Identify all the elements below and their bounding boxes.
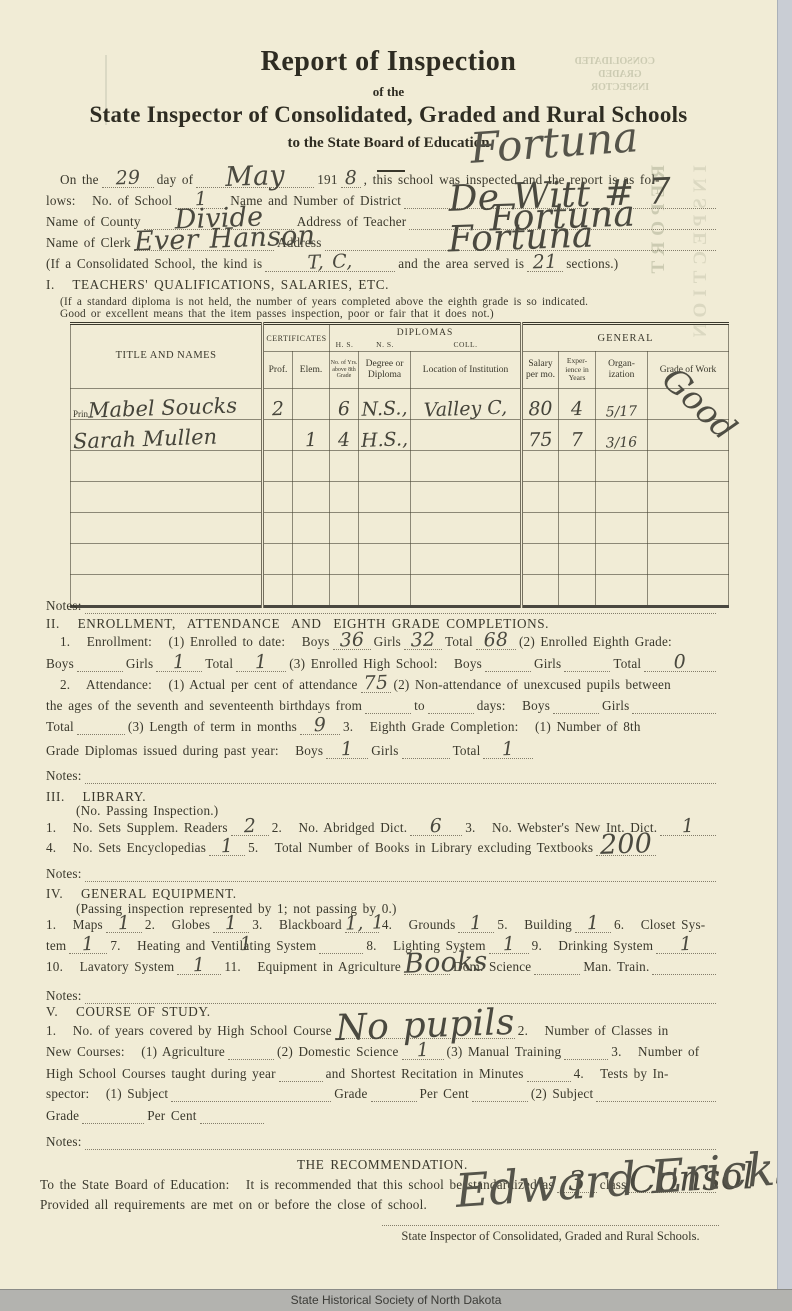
blank-domestic-science: 1 (402, 1046, 444, 1060)
blank-percent-1 (472, 1088, 528, 1102)
blank-girls-enrolled: 32 (404, 636, 442, 650)
printed-text: 1. No. of years covered by High School C… (46, 1022, 332, 1039)
printed-text: High School Courses taught during year (46, 1065, 276, 1082)
blank-na-total (77, 721, 125, 735)
hw-year: 8 (340, 169, 361, 189)
section2-line-1: 1. Enrollment: (1) Enrolled to date: Boy… (60, 633, 719, 650)
hw-abridged-dict: 6 (410, 816, 463, 837)
section4-line-1: 1. Maps 1 2. Globes 1 3. Blackboard 1, 1… (46, 916, 719, 933)
hw-attendance: 75 (360, 673, 391, 693)
row1-location: Valley C, (411, 398, 521, 421)
hw-diploma-boys: 1 (326, 739, 369, 759)
section5-heading: V. COURSE OF STUDY. (46, 1003, 719, 1020)
blank-hs-girls (564, 658, 610, 672)
printed-text: (No. Passing Inspection.) (76, 802, 218, 819)
signature-blank (382, 1212, 719, 1226)
printed-text: On the (60, 171, 99, 188)
blank-courses-taught (279, 1068, 323, 1082)
printed-text: Grade Diplomas issued during past year: … (46, 742, 323, 759)
row2-organization: 3/16 (596, 435, 647, 451)
group-diplomas-label: DIPLOMAS (330, 328, 520, 338)
printed-text: 2. No. Abridged Dict. (272, 819, 407, 836)
group-diplomas-sublabels: H. S. N. S. COLL. (330, 340, 520, 349)
blank-boys-enrolled: 36 (333, 636, 371, 650)
blank-day: 29 (102, 174, 154, 188)
row1-experience: 4 (559, 399, 596, 419)
blank-agriculture-classes (228, 1046, 274, 1060)
section5-line-2: New Courses: (1) Agriculture (2) Domesti… (46, 1043, 719, 1060)
printed-text: sections.) (566, 255, 618, 272)
printed-text: 3. No. Webster's New Int. Dict. (465, 819, 657, 836)
printed-text: 4. Tests by In- (574, 1065, 669, 1082)
printed-text: lows: No. of School (46, 192, 172, 209)
printed-text: 1. Maps (46, 916, 103, 933)
printed-text: Total (205, 655, 233, 672)
printed-text: Name and Number of District (230, 192, 401, 209)
section4-line-3: 10. Lavatory System 1 11. Equipment in A… (46, 958, 719, 975)
blank-globes: 1 (213, 919, 249, 933)
printed-text: New Courses: (1) Agriculture (46, 1043, 225, 1060)
hw-domestic-science: 1 (401, 1040, 444, 1060)
printed-text: Dom. Science (453, 958, 531, 975)
section1-heading: I. TEACHERS' QUALIFICATIONS, SALARIES, E… (46, 276, 719, 293)
row2-yrs: 4 (330, 431, 359, 451)
intro-line-4: Name of Clerk Ever Hanson Address Fortun… (46, 234, 719, 251)
blank-dom-science (534, 961, 580, 975)
printed-text: and Shortest Recitation in Minutes (326, 1065, 524, 1082)
blank-eg-total: 1 (236, 658, 286, 672)
section5-line-3: High School Courses taught during year a… (46, 1065, 719, 1082)
blank-area: 21 (527, 258, 563, 272)
hw-term-months: 9 (300, 715, 341, 735)
printed-text: 191 (317, 171, 337, 188)
col-location: Location of Institution (411, 352, 522, 389)
hw-area: 21 (527, 252, 564, 272)
printed-text: (2) Subject (531, 1085, 593, 1102)
col-degree: Degree or Diploma (359, 352, 411, 389)
hw-readers: 2 (230, 816, 269, 836)
printed-text: Per Cent (420, 1085, 469, 1102)
hw-lavatory-system: 1 (177, 955, 222, 976)
hw-webster-dict: 1 (660, 816, 716, 837)
row2-degree: H.S., (359, 430, 411, 451)
printed-text: Man. Train. (583, 958, 649, 975)
printed-text: (2) Enrolled Eighth Grade: (519, 633, 672, 650)
blank-teacher-address: Fortuna (409, 216, 716, 230)
section5-line-5: Grade Per Cent (46, 1107, 719, 1124)
hw-hs-total: 0 (644, 652, 716, 673)
table-row-empty (71, 451, 729, 482)
blank-class-kind: Consol (629, 1179, 716, 1193)
blank-webster-dict: 1 (660, 822, 716, 836)
teachers-table: TITLE AND NAMES CERTIFICATES DIPLOMAS H.… (70, 322, 729, 608)
blank-from (365, 700, 411, 714)
blank-eg-girls: 1 (156, 658, 202, 672)
printed-text: (3) Length of term in months (128, 718, 297, 735)
blank-lavatory-system: 1 (177, 961, 221, 975)
printed-text: I. TEACHERS' QUALIFICATIONS, SALARIES, E… (46, 276, 389, 293)
printed-text: 8. Lighting System (366, 937, 485, 954)
diplomas-ns-label: N. S. (359, 340, 411, 349)
printed-text: (3) Enrolled High School: Boys (289, 655, 482, 672)
blank-grade-1 (371, 1088, 417, 1102)
diplomas-hs-label: H. S. (330, 340, 359, 349)
col-title-and-names: TITLE AND NAMES (71, 324, 263, 389)
printed-text: (Passing inspection represented by 1; no… (76, 900, 397, 917)
row1-prof: 2 (264, 400, 293, 420)
notes-blank (85, 770, 716, 784)
printed-text: 10. Lavatory System (46, 958, 174, 975)
hw-boys-enrolled: 36 (332, 630, 371, 650)
printed-text: 5. Building (497, 916, 572, 933)
col-organization: Organ- ization (596, 352, 648, 389)
notes-line-1: Notes: (46, 597, 719, 614)
group-diplomas: DIPLOMAS H. S. N. S. COLL. (330, 324, 522, 352)
signature-caption: State Inspector of Consolidated, Graded … (382, 1229, 719, 1244)
printed-text: Girls (371, 742, 398, 759)
blank-drinking-system: 1 (656, 940, 716, 954)
blank-subject-1 (171, 1088, 331, 1102)
blank-clerk-address: Fortuna (325, 237, 716, 251)
row2-elem: 1 (293, 430, 330, 450)
blank-diploma-girls (402, 745, 450, 759)
col-yrs-above-8th: No. of Yrs. above 8th Grade (330, 352, 359, 389)
section4-line-2: tem 1 7. Heating and Ventilating System … (46, 937, 719, 954)
blank-heating-system: 1 (319, 940, 363, 954)
table-row-empty (71, 544, 729, 575)
hw-eg-total: 1 (236, 652, 287, 673)
blank-grounds: 1 (458, 919, 494, 933)
printed-text: Boys (46, 655, 74, 672)
blank-maps: 1 (106, 919, 142, 933)
hw-kind: T, C, (265, 251, 396, 275)
blank-attendance: 75 (361, 679, 391, 693)
printed-text: Grade (46, 1107, 79, 1124)
notes-blank (85, 1136, 716, 1150)
recommendation-heading: THE RECOMMENDATION. (46, 1156, 719, 1173)
section2-line-2: Boys Girls 1 Total 1 (3) Enrolled High S… (46, 655, 719, 672)
printed-text: (If a Consolidated School, the kind is (46, 255, 262, 272)
intro-line-5: (If a Consolidated School, the kind is T… (46, 255, 719, 272)
printed-text: Total (46, 718, 74, 735)
blank-agriculture: Books (404, 961, 450, 975)
section3-line-1: 1. No. Sets Supplem. Readers 2 2. No. Ab… (46, 819, 719, 836)
blank-shortest-recitation (527, 1068, 571, 1082)
intro-line-3: Name of County Divide Address of Teacher… (46, 213, 719, 230)
notes-label: Notes: (46, 767, 82, 784)
printed-text: Total (445, 633, 473, 650)
blank-na-girls (632, 700, 716, 714)
notes-line-5: Notes: (46, 1133, 719, 1150)
printed-text: and the area served is (398, 255, 524, 272)
printed-text: 3. Blackboard (252, 916, 342, 933)
diplomas-coll-label: COLL. (411, 340, 520, 349)
table-row: Sarah Mullen 1 4 H.S., 75 7 3/16 (71, 420, 729, 451)
printed-text: (2) Non-attendance of unexcused pupils b… (394, 676, 671, 693)
blank-lighting-system: 1 (489, 940, 529, 954)
recommendation-line-1: To the State Board of Education: It is r… (40, 1176, 719, 1193)
notes-blank (85, 600, 716, 614)
printed-text: Girls (374, 633, 401, 650)
printed-text: Address (277, 234, 322, 251)
printed-text: the ages of the seventh and seventeenth … (46, 697, 362, 714)
printed-text: Girls (602, 697, 629, 714)
blank-diploma-total: 1 (483, 745, 533, 759)
notes-blank (85, 868, 716, 882)
scan-edge-strip (777, 0, 792, 1289)
blank-to (428, 700, 474, 714)
archive-footer-bar: State Historical Society of North Dakota (0, 1289, 792, 1311)
group-general: GENERAL (522, 324, 729, 352)
blank-manual-training (564, 1046, 608, 1060)
notes-line-2: Notes: (46, 767, 719, 784)
group-certificates: CERTIFICATES (263, 324, 330, 352)
section5-line-4: spector: (1) Subject Grade Per Cent (2) … (46, 1085, 719, 1102)
printed-text: class (600, 1176, 627, 1193)
blank-subject-2 (596, 1088, 716, 1102)
table-row-empty (71, 482, 729, 513)
section4-subnote: (Passing inspection represented by 1; no… (76, 900, 719, 917)
printed-text: 4. No. Sets Encyclopedias (46, 839, 206, 856)
blank-percent-2 (200, 1110, 264, 1124)
hw-day: 29 (101, 168, 154, 189)
blank-readers: 2 (231, 822, 269, 836)
blank-abridged-dict: 6 (410, 822, 462, 836)
printed-text: , this school was inspected and the repo… (364, 171, 660, 188)
blank-month: May (196, 174, 314, 188)
printed-text: Girls (126, 655, 153, 672)
blank-total-books: 200 (596, 842, 656, 856)
printed-text: Total (453, 742, 481, 759)
hw-closet-system: 1 (69, 934, 108, 954)
blank-clerk: Ever Hanson (134, 237, 274, 251)
printed-text: Address of Teacher (297, 213, 407, 230)
printed-text: 7. Heating and Ventilating System (110, 937, 316, 954)
intro-line-2: lows: No. of School 1 Name and Number of… (46, 192, 719, 209)
section2-line-6: Grade Diplomas issued during past year: … (46, 742, 719, 759)
printed-text: 5. Total Number of Books in Library excl… (248, 839, 593, 856)
hw-maps: 1 (106, 913, 143, 933)
notes-label: Notes: (46, 987, 82, 1004)
section2-line-3: 2. Attendance: (1) Actual per cent of at… (60, 676, 719, 693)
printed-text: tem (46, 937, 66, 954)
hw-eg-girls: 1 (156, 652, 203, 673)
printed-text: Good or excellent means that the item pa… (60, 306, 494, 323)
row1-organization: 5/17 (596, 404, 647, 420)
hw-school-no: 1 (175, 189, 228, 210)
printed-text: 1. Enrollment: (1) Enrolled to date: Boy… (60, 633, 330, 650)
blank-closet-system: 1 (69, 940, 107, 954)
notes-blank (85, 990, 716, 1004)
archive-footer-label: State Historical Society of North Dakota (291, 1293, 502, 1307)
section2-line-5: Total (3) Length of term in months 9 3. … (46, 718, 719, 735)
section3-subnote: (No. Passing Inspection.) (76, 802, 719, 819)
printed-text: Name of County (46, 213, 141, 230)
printed-text: days: Boys (477, 697, 550, 714)
signature-line (382, 1212, 719, 1226)
printed-text: V. COURSE OF STUDY. (46, 1003, 211, 1020)
hw-girls-enrolled: 32 (404, 630, 443, 650)
row1-teacher-name: Mabel Soucks (88, 395, 238, 421)
printed-text: Name of Clerk (46, 234, 131, 251)
blank-hs-total: 0 (644, 658, 716, 672)
blank-blackboard: 1, 1 (345, 919, 379, 933)
blank-encyclopedias: 1 (209, 842, 245, 856)
row2-teacher-name: Sarah Mullen (73, 426, 218, 452)
blank-total-enrolled: 68 (476, 636, 516, 650)
printed-text: THE RECOMMENDATION. (297, 1156, 468, 1173)
printed-text: (2) Domestic Science (277, 1043, 399, 1060)
printed-text: 2. Globes (145, 916, 210, 933)
printed-text: 2. Number of Classes in (518, 1022, 669, 1039)
row1-title-printed: Prin (73, 409, 88, 419)
blank-na-boys (553, 700, 599, 714)
row2-salary: 75 (523, 430, 559, 450)
printed-text: Girls (534, 655, 561, 672)
hw-encyclopedias: 1 (209, 836, 246, 856)
hw-month: May (196, 161, 315, 192)
hw-lighting-system: 1 (488, 934, 529, 954)
row1-yrs: 6 (330, 400, 359, 420)
hw-diploma-total: 1 (483, 739, 534, 760)
hw-drinking-system: 1 (656, 934, 716, 955)
hw-blackboard: 1, 1 (344, 913, 379, 933)
blank-class-number: 3 (557, 1179, 597, 1193)
blank-term-months: 9 (300, 721, 340, 735)
col-elem: Elem. (293, 352, 330, 389)
section1-note-2: Good or excellent means that the item pa… (60, 306, 719, 323)
printed-text: Grade (334, 1085, 367, 1102)
intro-line-1: On the 29 day of May 191 8 , this school… (60, 171, 719, 188)
form-page: REPORT INSPECTION CONSOLIDATED GRADED IN… (0, 0, 777, 1289)
hw-globes: 1 (213, 913, 250, 933)
blank-man-train (652, 961, 716, 975)
blank-eg-boys (77, 658, 123, 672)
printed-text: day of (157, 171, 194, 188)
form-subtitle-board: to the State Board of Education (0, 135, 777, 152)
notes-line-4: Notes: (46, 987, 719, 1004)
notes-label: Notes: (46, 865, 82, 882)
hw-building: 1 (575, 913, 612, 933)
recommendation-line-2: Provided all requirements are met on or … (40, 1196, 719, 1213)
notes-label: Notes: (46, 1133, 82, 1150)
row2-experience: 7 (559, 430, 596, 450)
row1-degree: N.S., (359, 399, 411, 420)
printed-text: 1. No. Sets Supplem. Readers (46, 819, 228, 836)
printed-text: II. ENROLLMENT, ATTENDANCE AND EIGHTH GR… (46, 615, 549, 632)
col-experience: Exper- ience in Years (559, 352, 596, 389)
hw-total-enrolled: 68 (476, 630, 517, 650)
printed-text: 4. Grounds (382, 916, 456, 933)
section2-heading: II. ENROLLMENT, ATTENDANCE AND EIGHTH GR… (46, 615, 719, 632)
form-subtitle-of-the: of the (0, 84, 777, 100)
table-row: Prin Mabel Soucks 2 6 N.S., Valley C, 80… (71, 389, 729, 420)
printed-text: 11. Equipment in Agriculture (224, 958, 401, 975)
printed-text: spector: (1) Subject (46, 1085, 168, 1102)
blank-hs-course-years: No pupils (335, 1025, 515, 1039)
notes-line-3: Notes: (46, 865, 719, 882)
form-title: Report of Inspection (0, 46, 777, 78)
printed-text: 9. Drinking System (532, 937, 654, 954)
blank-grade-2 (82, 1110, 144, 1124)
printed-text: (3) Manual Training (447, 1043, 562, 1060)
section5-line-1: 1. No. of years covered by High School C… (46, 1022, 719, 1039)
row1-salary: 80 (523, 399, 559, 419)
col-prof: Prof. (263, 352, 293, 389)
section3-line-2: 4. No. Sets Encyclopedias 1 5. Total Num… (46, 839, 719, 856)
notes-label: Notes: (46, 597, 82, 614)
col-salary: Salary per mo. (522, 352, 559, 389)
blank-building: 1 (575, 919, 611, 933)
blank-diploma-boys: 1 (326, 745, 368, 759)
printed-text: 6. Closet Sys- (614, 916, 705, 933)
hw-grounds: 1 (458, 913, 495, 933)
blank-school-no: 1 (175, 195, 227, 209)
table-row-empty (71, 513, 729, 544)
printed-text: 3. Number of (611, 1043, 699, 1060)
blank-kind: T, C, (265, 258, 395, 272)
blank-county: Divide (144, 216, 294, 230)
blank-year: 8 (341, 174, 361, 188)
printed-text: to (414, 697, 425, 714)
blank-hs-boys (485, 658, 531, 672)
printed-text: 3. Eighth Grade Completion: (1) Number o… (343, 718, 641, 735)
section2-line-4: the ages of the seventh and seventeenth … (46, 697, 719, 714)
form-title-inspector: State Inspector of Consolidated, Graded … (0, 102, 777, 128)
printed-text: Provided all requirements are met on or … (40, 1196, 427, 1213)
printed-text: Per Cent (147, 1107, 196, 1124)
printed-text: Total (613, 655, 641, 672)
blank-district: De Witt # 7 (404, 195, 716, 209)
printed-text: 2. Attendance: (1) Actual per cent of at… (60, 676, 358, 693)
printed-text: To the State Board of Education: It is r… (40, 1176, 554, 1193)
